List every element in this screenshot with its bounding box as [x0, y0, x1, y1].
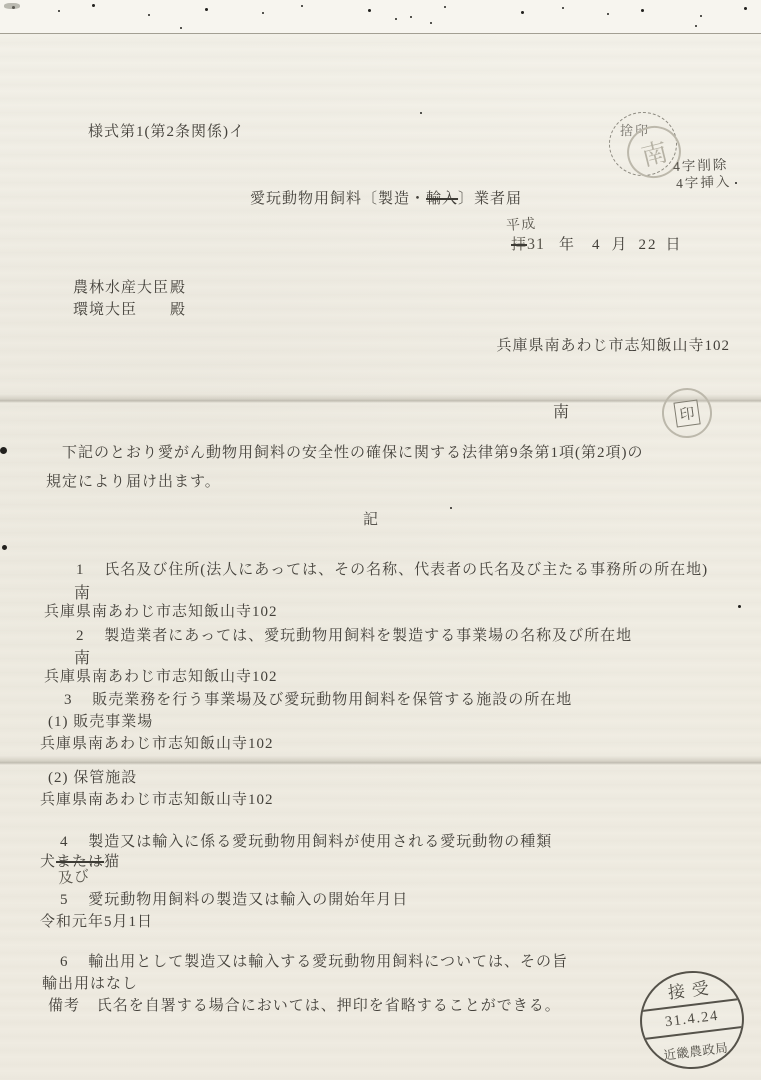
intro-line-2: 規定により届け出ます。: [46, 470, 221, 491]
scan-speck: [180, 27, 182, 29]
item-6-value: 輸出用はなし: [42, 972, 138, 993]
addressee-2-name: 環境大臣: [73, 302, 137, 318]
section-heading: 記: [363, 508, 379, 529]
scan-speck: [58, 10, 60, 12]
seal-in-mark: 印: [674, 399, 700, 427]
date-day-label: 日: [666, 237, 682, 253]
item-6-no: 6: [60, 954, 69, 970]
item-4-label: 4 製造又は輸入に係る愛玩動物用飼料が使用される愛玩動物の種類: [60, 830, 552, 851]
scan-speck: [262, 12, 264, 14]
scan-speck: [420, 112, 422, 114]
item-3-sub1-address: 兵庫県南あわじ市志知飯山寺102: [40, 732, 274, 753]
reception-stamp: 接受 31.4.24 近畿農政局: [634, 965, 749, 1075]
intro-line-1: 下記のとおり愛がん動物用飼料の安全性の確保に関する法律第9条第1項(第2項)の: [46, 441, 644, 462]
scan-speck: [450, 507, 452, 509]
addressee-1-honorific: 殿: [170, 276, 186, 297]
addressee-1: 農林水産大臣 殿: [73, 276, 169, 297]
item-5-value: 令和元年5月1日: [40, 910, 153, 931]
scan-speck: [301, 5, 303, 7]
scan-speck: [521, 11, 524, 14]
item-6-label: 6 輸出用として製造又は輸入する愛玩動物用飼料については、その旨: [60, 950, 568, 971]
scan-speck: [641, 9, 644, 12]
date-year-label: 年: [559, 237, 575, 253]
date-line: 拝31年4月22日: [511, 233, 682, 254]
item-3-no: 3: [64, 692, 73, 708]
item-4-handwritten-insert: 及び: [57, 865, 91, 889]
scan-speck: [562, 7, 564, 9]
remarks-line: 備考 氏名を自署する場合においては、押印を省略することができる。: [48, 994, 561, 1015]
paper-top-edge: [0, 0, 761, 34]
date-month-value: 4: [592, 237, 601, 253]
submitter-address: 兵庫県南あわじ市志知飯山寺102: [496, 334, 730, 355]
scan-speck: [410, 16, 412, 18]
correction-note-insert: 4字挿入: [676, 170, 732, 192]
item-4-value-prefix: 犬: [40, 854, 56, 870]
item-2-address: 兵庫県南あわじ市志知飯山寺102: [44, 665, 278, 686]
date-month-label: 月: [612, 237, 628, 253]
scan-speck: [395, 18, 397, 20]
scan-speck: [205, 8, 208, 11]
scan-speck: [444, 6, 446, 8]
scan-speck: [735, 182, 737, 184]
addressee-2: 環境大臣 殿: [73, 298, 137, 319]
scan-speck: [368, 9, 371, 12]
scan-speck: [2, 545, 7, 550]
scan-speck: [607, 13, 609, 15]
scan-speck: [430, 22, 432, 24]
scan-speck: [695, 25, 697, 27]
scan-speck: [738, 605, 741, 608]
fold-crease-1: [0, 394, 761, 403]
item-3-sub1-label: (1) 販売事業場: [48, 710, 153, 731]
item-4-value-suffix: 猫: [104, 854, 120, 870]
item-3-label: 3 販売業務を行う事業場及び愛玩動物用飼料を保管する施設の所在地: [64, 688, 572, 709]
title-prefix: 愛玩動物用飼料〔製造・: [250, 191, 426, 207]
addressee-1-name: 農林水産大臣: [73, 280, 169, 296]
form-id: 様式第1(第2条関係)イ: [88, 120, 245, 141]
remarks-text: 氏名を自署する場合においては、押印を省略することができる。: [97, 998, 561, 1014]
item-2-label: 2 製造業者にあっては、愛玩動物用飼料を製造する事業場の名称及び所在地: [76, 624, 632, 645]
item-1-no: 1: [76, 562, 85, 578]
addressee-2-honorific: 殿: [170, 298, 186, 319]
item-5-label: 5 愛玩動物用飼料の製造又は輸入の開始年月日: [60, 888, 408, 909]
scan-speck: [92, 4, 95, 7]
item-3-sub2-label: (2) 保管施設: [48, 766, 137, 787]
document-title: 愛玩動物用飼料〔製造・輸入〕業者届: [250, 187, 522, 208]
scan-speck: [0, 447, 7, 454]
date-day-value: 22: [639, 237, 658, 253]
title-suffix: 〕業者届: [458, 191, 522, 207]
item-3-sub2-address: 兵庫県南あわじ市志知飯山寺102: [40, 788, 274, 809]
scan-speck: [744, 7, 747, 10]
submitter-name: 南: [553, 399, 570, 422]
scanned-form-page: 様式第1(第2条関係)イ 捨印 南 4字削除 4字挿入 愛玩動物用飼料〔製造・輸…: [0, 0, 761, 1080]
item-5-no: 5: [60, 892, 69, 908]
fold-crease-2: [0, 756, 761, 765]
date-era-struck: 拝: [511, 237, 527, 253]
item-1-label: 1 氏名及び住所(法人にあっては、その名称、代表者の氏名及び主たる事務所の所在地…: [76, 558, 708, 579]
item-2-no: 2: [76, 628, 85, 644]
scan-speck: [148, 14, 150, 16]
date-year-value: 31: [527, 236, 545, 253]
remarks-label: 備考: [48, 998, 80, 1014]
scan-speck: [700, 15, 702, 17]
item-4-no: 4: [60, 834, 69, 850]
title-struck-word: 輸入: [426, 191, 458, 207]
item-1-address: 兵庫県南あわじ市志知飯山寺102: [44, 600, 278, 621]
scan-smudge: [4, 3, 20, 9]
date-era-handwritten: 平成: [505, 213, 536, 235]
